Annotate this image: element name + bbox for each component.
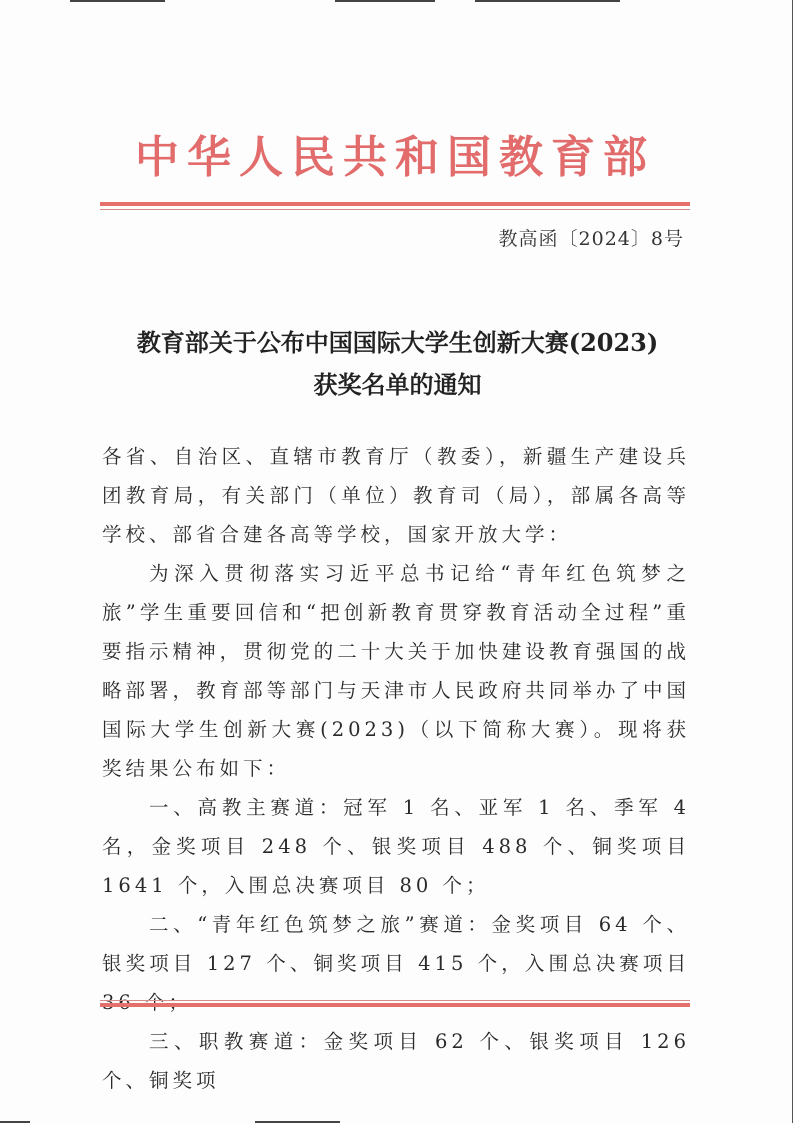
footer-rule-thin — [100, 1000, 690, 1001]
scan-artifact — [475, 0, 620, 2]
title-line-2: 获奖名单的通知 — [100, 364, 695, 406]
title-line-1: 教育部关于公布中国国际大学生创新大赛(2023) — [100, 322, 695, 364]
paragraph-vocational-track: 三、职教赛道：金奖项目 62 个、银奖项目 126 个、铜奖项 — [102, 1022, 690, 1100]
document-number: 教高函〔2024〕8号 — [499, 226, 684, 252]
scan-edge — [792, 0, 793, 1123]
footer-rule-thick — [100, 1003, 690, 1007]
issuing-organization-header: 中华人民共和国教育部 — [100, 130, 690, 186]
header-rule-thick — [100, 202, 690, 206]
header-rule-thin — [100, 209, 690, 210]
scan-artifact — [70, 0, 165, 2]
document-page: 中华人民共和国教育部 教高函〔2024〕8号 教育部关于公布中国国际大学生创新大… — [0, 0, 794, 1123]
scan-artifact — [335, 0, 435, 2]
paragraph-intro: 为深入贯彻落实习近平总书记给“青年红色筑梦之旅”学生重要回信和“把创新教育贯穿教… — [102, 554, 690, 788]
document-title: 教育部关于公布中国国际大学生创新大赛(2023) 获奖名单的通知 — [100, 322, 695, 406]
paragraph-main-track: 一、高教主赛道：冠军 1 名、亚军 1 名、季军 4 名，金奖项目 248 个、… — [102, 788, 690, 905]
salutation: 各省、自治区、直辖市教育厅（教委），新疆生产建设兵团教育局，有关部门（单位）教育… — [102, 437, 690, 554]
